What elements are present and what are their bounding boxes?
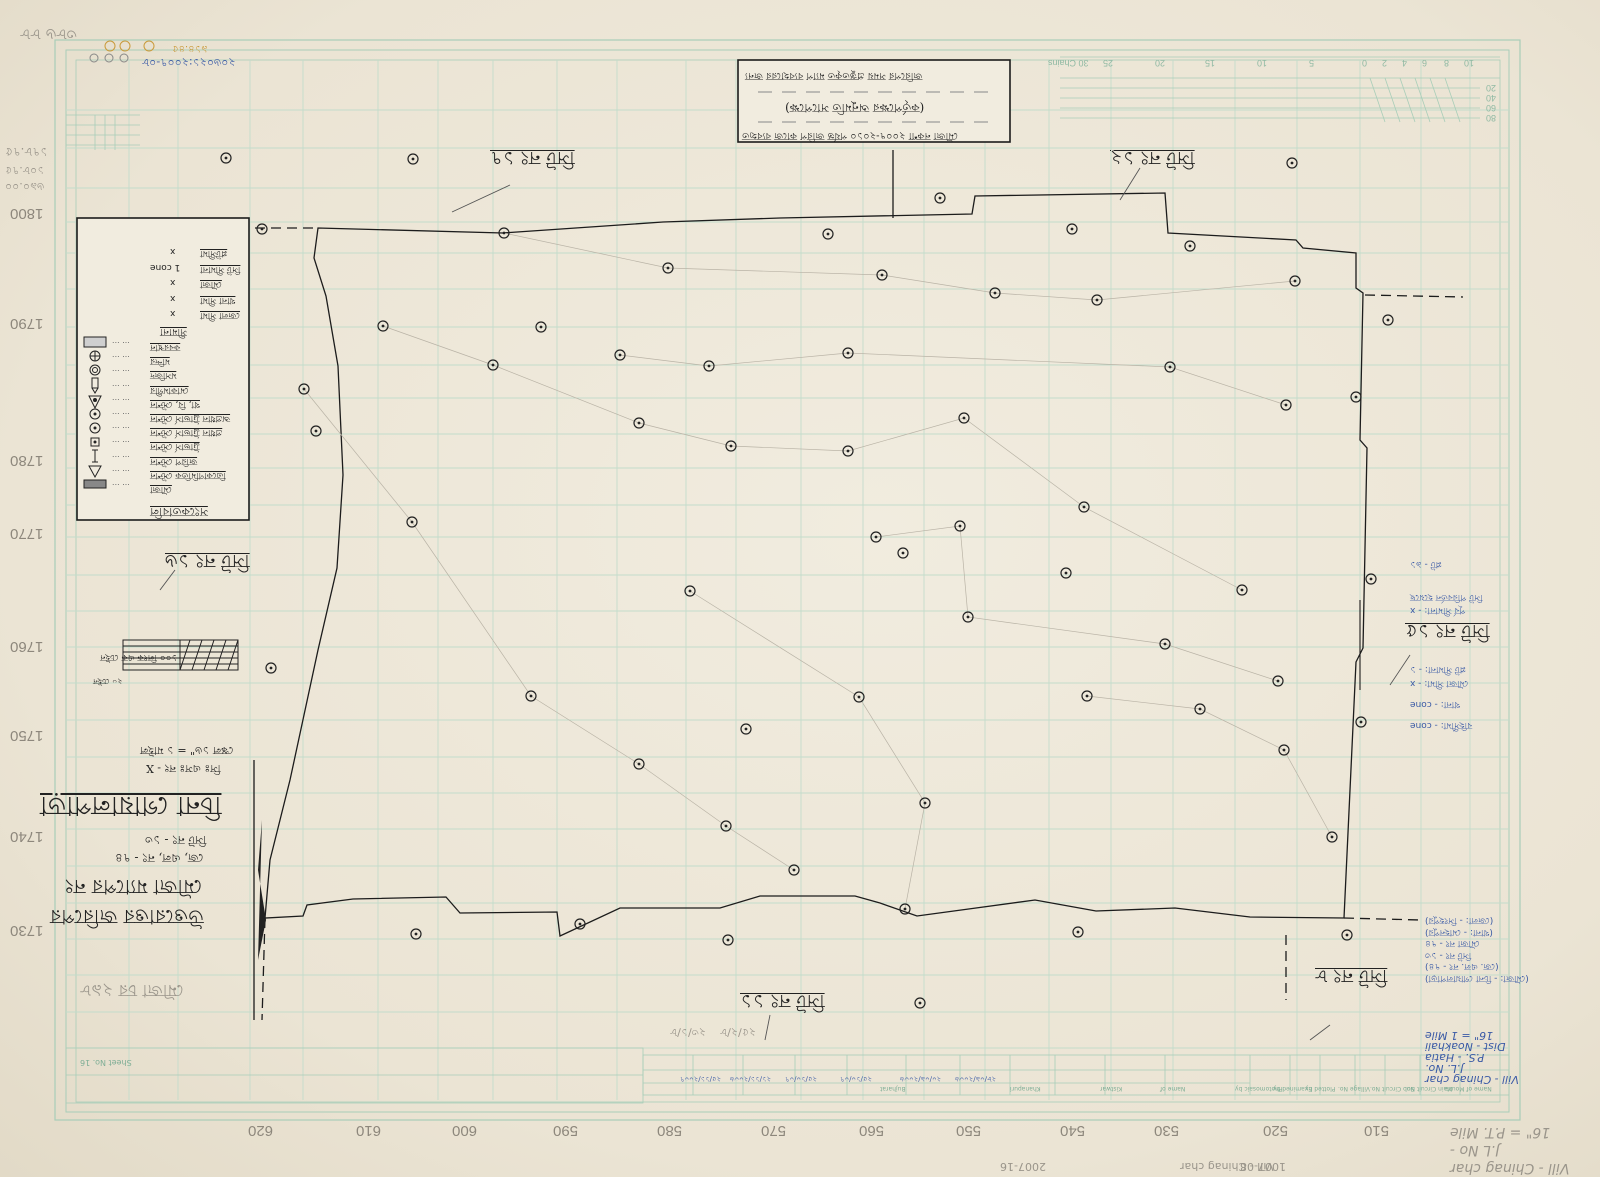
- sheet-reference-label: সিট নং ১৭: [490, 140, 575, 172]
- x-grid-label: 610: [356, 1122, 381, 1139]
- map-grid: [129, 60, 1470, 1100]
- scanned-mouza-map-sheet: জরিপের সময় প্রস্তুতকৃত ম্যাপ ব্যবহারের …: [0, 0, 1600, 1177]
- top-scale-label: 30 Chains: [1048, 58, 1089, 68]
- x-grid-label: 620: [248, 1122, 273, 1139]
- legend-row-label: ট্রাভার্স স্টেশন: [150, 439, 200, 454]
- pencil-traverse-lines: [304, 233, 1332, 909]
- legend-boundary-mark: 1 cone: [150, 262, 180, 272]
- bottom-left-cell-label: Sheet No. 16: [80, 1058, 132, 1067]
- table-header: Sub Circuit No.: [1370, 1085, 1415, 1092]
- top-left-pencil-note: ৩৮৬ ৮৮: [20, 20, 77, 47]
- legend-row-label: কবরস্থান: [150, 340, 180, 355]
- legend-row-label: অপ্রধান ট্রাভার্স স্টেশন: [150, 411, 230, 426]
- table-header: Kistwar: [1100, 1085, 1122, 1092]
- legend-boundary-mark: x: [170, 277, 175, 287]
- legend-row-dots: ... ...: [112, 354, 130, 363]
- legend-boundary-label: সিট সীমানা: [200, 262, 240, 277]
- top-scale-label: 10: [1257, 58, 1267, 68]
- top-scale-label: 6: [1422, 58, 1427, 68]
- table-date-value: ২৫/১০/০৭: [785, 1073, 817, 1085]
- y-grid-label: 1770: [10, 525, 43, 542]
- bottom-right-pencil-line: 16" = P.T. Mile: [1450, 1124, 1550, 1140]
- heading-line-2: মৌজা ম্যাপের নং: [65, 868, 202, 901]
- top-scale-label: 2: [1382, 58, 1387, 68]
- legend-boundary-subtitle: সীমানা: [160, 322, 187, 339]
- top-scale-right-label: 20: [1486, 83, 1496, 93]
- legend-row-dots: ... ...: [112, 397, 130, 406]
- pencil-date-1: ২৩/১/৮: [670, 1022, 706, 1041]
- sheet15-annotation: বহির্সীমা: - cone: [1410, 718, 1472, 733]
- table-date-value: ২৫/১১/২০০৭: [680, 1073, 721, 1085]
- top-scale-label: 8: [1444, 58, 1449, 68]
- x-grid-label: 570: [761, 1122, 786, 1139]
- sheet15-annotation: পূর্ব সীমানা: - x: [1410, 603, 1465, 618]
- y-grid-label: 1800: [10, 205, 43, 222]
- top-scale-label: 4: [1402, 58, 1407, 68]
- y-grid-label: 1790: [10, 315, 43, 332]
- header-line-3: মৌজা নকশা ২০০৭-২০১০ পর্যন্ত জরিপ কাজে ব্…: [742, 126, 958, 143]
- scale-bar-label: ২০ চেইন: [93, 674, 122, 687]
- top-scale-label: 20: [1155, 58, 1165, 68]
- legend-row-label: জরিপ স্টেশন: [150, 454, 197, 469]
- x-grid-label: 590: [553, 1122, 578, 1139]
- x-grid-label: 540: [1060, 1122, 1085, 1139]
- table-header: Bujharat: [880, 1085, 906, 1092]
- traverse-stations: [221, 153, 1393, 1008]
- sheet-reference-label: সিট নং ১২: [1110, 140, 1195, 172]
- y-grid-label: 1760: [10, 638, 43, 655]
- x-grid-label: 550: [956, 1122, 981, 1139]
- top-scale-label: 10: [1464, 58, 1474, 68]
- legend-boundary-label: মৌজা: [200, 277, 222, 292]
- top-scale-label: 15: [1205, 58, 1215, 68]
- legend-row-label: প্রধান ট্রাভার্স স্টেশন: [150, 425, 222, 440]
- legend-boundary-label: থানা সীমা: [200, 293, 235, 308]
- left-margin-note-1: ১৭৮.৭৫: [5, 140, 48, 160]
- sheet15-annotation: প্লট - ৯১: [1410, 557, 1442, 572]
- top-scale-label: 0: [1362, 58, 1367, 68]
- heading-line-1: উত্তরোত্তর জরিপের: [50, 898, 204, 931]
- scale-line: স্কেল ১৬" = ১ মাইল: [140, 740, 234, 759]
- legend-row-dots: ... ...: [112, 454, 130, 463]
- legend-row-label: ত্রিকোণমিতিক স্টেশন: [150, 468, 226, 483]
- legend-row-dots: ... ...: [112, 468, 130, 477]
- mouza-boundary: [265, 193, 1367, 936]
- legend-boundary-label: জেলা সীমা: [200, 308, 240, 323]
- bottom-right-pencil-line: J.L No -: [1450, 1142, 1499, 1158]
- table-date-value: ২১/১১/২০০৬: [730, 1073, 771, 1085]
- bottom-axis-pencil-note: 1007-08: [1240, 1160, 1286, 1173]
- cs-line: সিঃ এসঃ নং - X: [146, 758, 221, 777]
- sheet-reference-label: সিট নং ৮: [1315, 958, 1387, 990]
- legend-boundary-mark: x: [170, 308, 175, 318]
- legend-row-label: মৌজা: [150, 482, 172, 497]
- table-header: Khanapuri: [1010, 1085, 1041, 1092]
- legend-boundary-mark: x: [170, 246, 175, 256]
- bottom-pencil-note: মৌজা চর ২৯৮: [80, 975, 184, 1003]
- sheet-reference-label: সিট নং ১১: [740, 983, 825, 1015]
- legend-row-dots: ... ...: [112, 439, 130, 448]
- legend-row-dots: ... ...: [112, 482, 130, 491]
- village-info-line: 16" = 1 Mile: [1425, 1029, 1493, 1042]
- legend-row-label: মন্দির: [150, 354, 170, 369]
- top-scale-strip: [1060, 57, 1500, 122]
- x-grid-label: 560: [859, 1122, 884, 1139]
- legend-row-label: মসজিদ: [150, 368, 176, 383]
- table-header: Photomosaic by: [1235, 1085, 1283, 1092]
- bottom-axis-pencil-note: 2007-16: [1000, 1160, 1046, 1173]
- left-margin-note-3: ৬৯০.০০: [5, 176, 44, 195]
- sheet15-annotation: প্লট সীমানা: - ১: [1410, 662, 1466, 677]
- legend-row-dots: ... ...: [112, 383, 130, 392]
- x-grid-label: 600: [452, 1122, 477, 1139]
- sheet15-annotation: মৌজা সীমা: - x: [1410, 676, 1468, 691]
- x-grid-label: 530: [1154, 1122, 1179, 1139]
- top-scale-label: 25: [1103, 58, 1113, 68]
- bottom-right-pencil-line: Vill - Chinag char: [1450, 1160, 1569, 1176]
- table-header: Village No.: [1338, 1085, 1370, 1092]
- table-header: Name of: [1160, 1085, 1185, 1092]
- legend-boundary-label: প্লটসীমা: [200, 246, 227, 261]
- top-left-blue-note: ২০৬০২১:২০০৭-০৮: [142, 52, 235, 71]
- header-line-2: (কর্তৃপক্ষের অনুমতি সাপেক্ষে): [785, 96, 924, 116]
- x-grid-label: 580: [657, 1122, 682, 1139]
- legend-title: সংকেতাবলি: [150, 500, 208, 520]
- top-scale-right-label: 60: [1486, 103, 1496, 113]
- top-scale-label: 5: [1309, 58, 1314, 68]
- x-grid-label: 520: [1263, 1122, 1288, 1139]
- sheet15-annotation: থানা: - cone: [1410, 697, 1460, 712]
- mouza-name: চিনা গোয়ালপাড়া: [40, 782, 221, 826]
- legend-row-dots: ... ...: [112, 411, 130, 420]
- scale-bar-note: ১০০ লিংক এক চেইন: [100, 650, 177, 665]
- table-date-value: ২৮/০৯/২০০৬: [955, 1073, 996, 1085]
- y-grid-label: 1780: [10, 452, 43, 469]
- header-line-1: জরিপের সময় প্রস্তুতকৃত ম্যাপ ব্যবহারের …: [745, 66, 922, 83]
- top-scale-right-label: 40: [1486, 93, 1496, 103]
- legend-row-dots: ... ...: [112, 368, 130, 377]
- sheet-line: সিট নং - ১৩: [145, 828, 206, 848]
- y-grid-label: 1750: [10, 727, 43, 744]
- legend-row-label: থা, বি, স্টেশন: [150, 397, 200, 412]
- legend-row-label: মোকামগীর: [150, 383, 189, 398]
- table-date-value: ২০/০৯/২০০৬: [900, 1073, 941, 1085]
- legend-boundary-mark: x: [170, 293, 175, 303]
- legend-row-dots: ... ...: [112, 340, 130, 349]
- sheet8-annotation: (মৌজা: - চিনা গোয়ালপাড়া): [1425, 971, 1529, 986]
- legend-row-dots: ... ...: [112, 425, 130, 434]
- y-grid-label: 1740: [10, 828, 43, 845]
- table-date-value: ২৫/১০/০৭: [840, 1073, 872, 1085]
- pencil-date-2: ২৫/২/৮: [720, 1022, 756, 1041]
- y-grid-label: 1730: [10, 922, 43, 939]
- sheet-reference-label: সিট নং ১৬: [165, 543, 250, 575]
- jl-line: জে, এল, নং - ৭৪: [115, 846, 204, 866]
- x-grid-label: 510: [1364, 1122, 1389, 1139]
- top-scale-right-label: 80: [1486, 113, 1496, 123]
